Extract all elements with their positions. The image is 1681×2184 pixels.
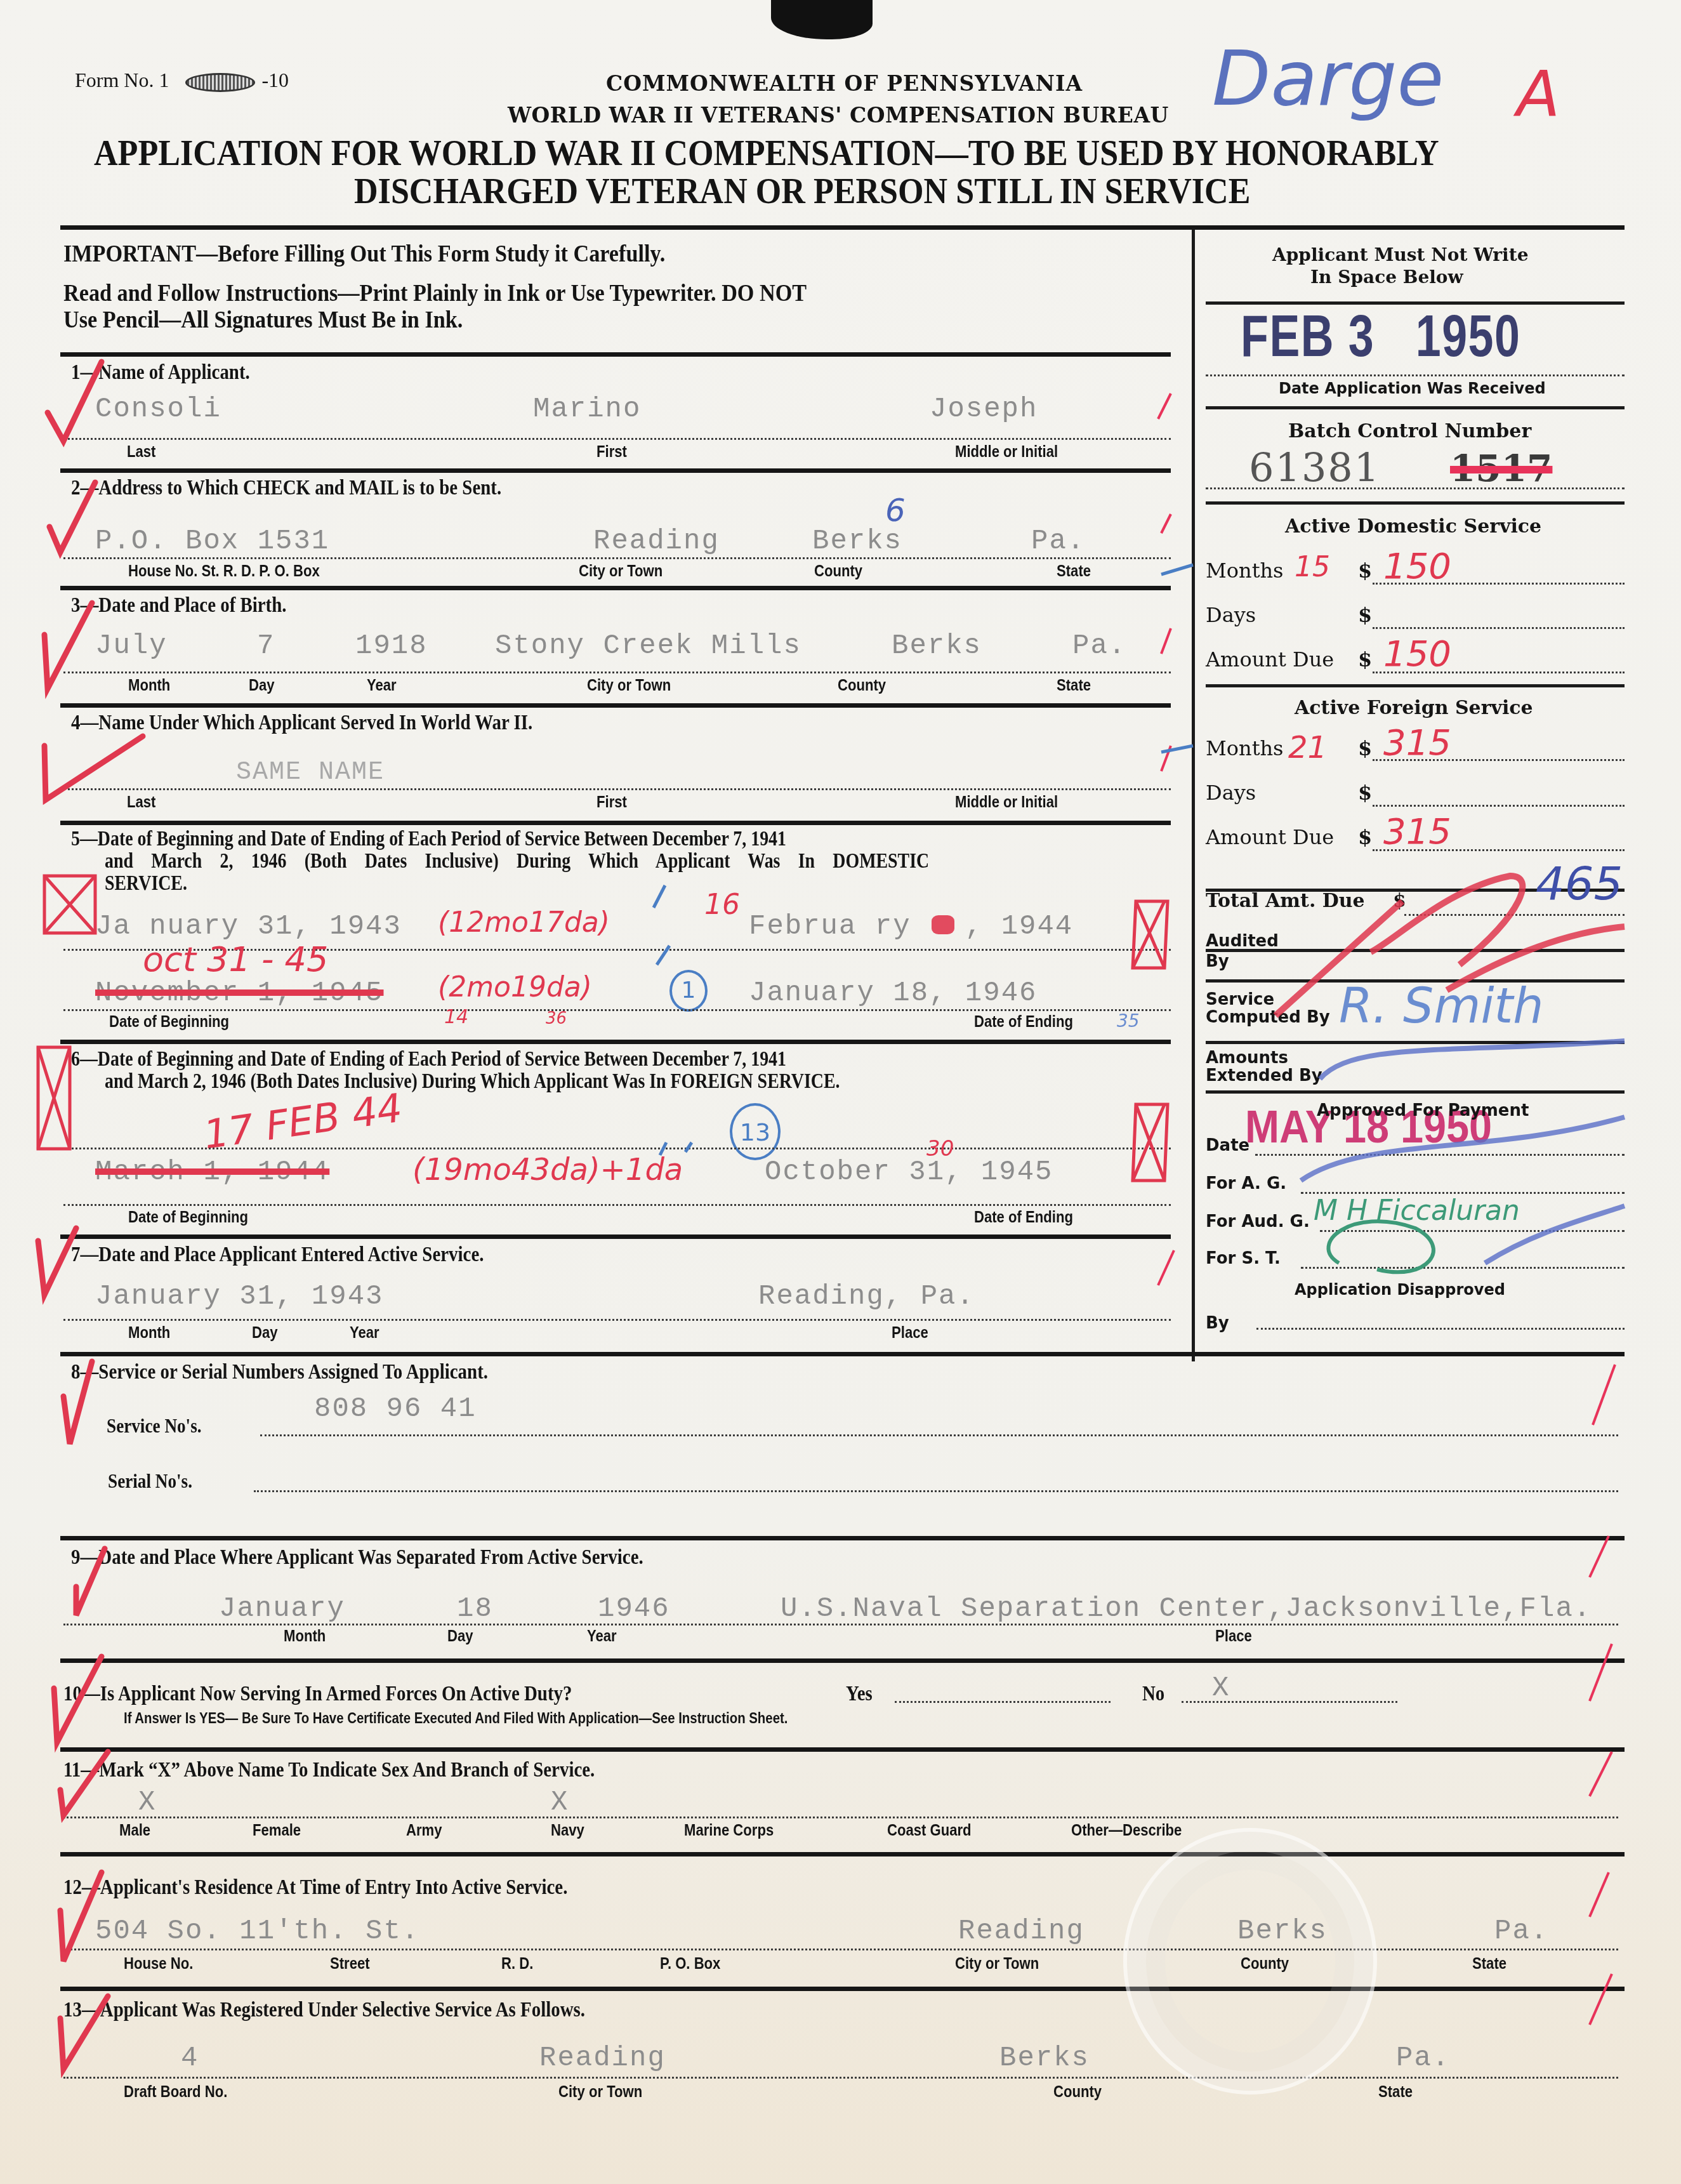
rule-instr — [60, 352, 1171, 357]
section-8-title: 8—Service or Serial Numbers Assigned To … — [71, 1360, 488, 1384]
domestic-end-2[interactable]: January 18, 1946 — [749, 977, 1037, 1009]
section-4-title: 4—Name Under Which Applicant Served In W… — [71, 711, 532, 735]
foreign-due-line — [1373, 849, 1625, 851]
section-13-title: 13—Applicant Was Registered Under Select… — [63, 1998, 585, 2022]
domestic-months-label: Months — [1206, 559, 1284, 583]
s4-label-last: Last — [127, 792, 155, 812]
margin-note-36: 36 — [546, 1009, 567, 1028]
disapproved-heading: Application Disapproved — [1295, 1281, 1505, 1299]
applicant-first-name[interactable]: Marino — [533, 394, 641, 425]
embossed-seal — [1123, 1828, 1377, 2095]
s2-label-state: State — [1057, 561, 1091, 581]
total-currency: $ — [1393, 890, 1406, 912]
s3-label-state: State — [1057, 675, 1091, 695]
s12-label-house: House No. — [124, 1954, 193, 1973]
domestic-days-line — [1373, 627, 1625, 629]
form-title-line-1: APPLICATION FOR WORLD WAR II COMPENSATIO… — [94, 133, 1439, 174]
foreign-due-label: Amount Due — [1206, 825, 1334, 849]
panel-divider — [1192, 228, 1195, 1361]
rule-s12 — [60, 1987, 1625, 1991]
s13-label-state: State — [1378, 2082, 1413, 2101]
union-bug-icon — [185, 73, 255, 92]
domestic-note-2: (2mo19da) — [438, 971, 592, 1003]
approved-date-label: Date — [1206, 1136, 1249, 1155]
s9-label-year: Year — [587, 1626, 617, 1646]
section-6-title-2: and March 2, 1946 (Both Dates Inclusive)… — [105, 1069, 840, 1094]
draft-state[interactable]: Pa. — [1396, 2042, 1450, 2074]
applicant-last-name[interactable]: Consoli — [95, 394, 221, 425]
no-field-value[interactable]: X — [1212, 1672, 1230, 1704]
section-5-title-1: 5—Date of Beginning and Date of Ending o… — [71, 827, 786, 851]
s3-label-year: Year — [367, 675, 397, 695]
rule-s11 — [60, 1852, 1625, 1856]
s7-label-place: Place — [892, 1323, 928, 1342]
domestic-end-1[interactable]: Februa ry , 1944 — [749, 911, 1073, 943]
rule-s4 — [60, 821, 1171, 825]
circled-number-13: 13 — [740, 1118, 770, 1146]
s4-label-middle: Middle or Initial — [955, 792, 1058, 812]
s12-line — [63, 1949, 1618, 1950]
s9-label-month: Month — [284, 1626, 326, 1646]
domestic-note-1: (12mo17da) — [438, 906, 610, 939]
birth-state[interactable]: Pa. — [1072, 630, 1126, 662]
section-10-title: 10—Is Applicant Now Serving In Armed For… — [63, 1682, 572, 1706]
rule-s1 — [60, 468, 1171, 473]
domestic-days-label: Days — [1206, 603, 1256, 627]
s5-label-begin: Date of Beginning — [109, 1012, 229, 1031]
batch-number: 61381 — [1249, 444, 1380, 491]
batch-line — [1206, 487, 1625, 489]
domestic-end-prefix-1: 16 — [704, 889, 740, 921]
foreign-days-line — [1373, 805, 1625, 807]
rule-s6 — [60, 1234, 1171, 1239]
for-audg-signature: M H Ficcaluran — [1314, 1195, 1520, 1227]
computed-label-1: Service — [1206, 990, 1274, 1009]
applicant-middle-name[interactable]: Joseph — [930, 394, 1038, 425]
s9-label-place: Place — [1215, 1626, 1252, 1646]
received-date-stamp: FEB 3 1950 — [1241, 303, 1521, 370]
s6-label-end: Date of Ending — [974, 1207, 1073, 1227]
section-5-title-2: and March 2, 1946 (Both Dates Inclusive)… — [105, 849, 929, 873]
header-rule — [60, 225, 1625, 230]
domestic-months-amount: 150 — [1383, 546, 1451, 587]
s2-label-city: City or Town — [579, 561, 663, 581]
form-title-line-2: DISCHARGED VETERAN OR PERSON STILL IN SE… — [354, 171, 1250, 212]
entered-place[interactable]: Reading, Pa. — [758, 1281, 975, 1313]
panel-rule-4 — [1206, 684, 1625, 687]
ink-stain — [771, 0, 873, 39]
for-st-line[interactable] — [1301, 1267, 1625, 1269]
s5-line-2 — [63, 1009, 1171, 1011]
s12-label-street: Street — [330, 1954, 370, 1973]
residence-city[interactable]: Reading — [958, 1916, 1084, 1947]
mark-male[interactable]: X — [138, 1787, 156, 1818]
mail-street[interactable]: P.O. Box 1531 — [95, 526, 329, 557]
no-label: No — [1142, 1682, 1164, 1706]
mail-state[interactable]: Pa. — [1031, 526, 1085, 557]
for-audg-line[interactable] — [1320, 1230, 1625, 1232]
audited-label-1: Audited — [1206, 932, 1279, 951]
batch-suffix: 1517 — [1450, 447, 1552, 490]
domestic-months-value: 15 — [1295, 551, 1330, 583]
domestic-months-currency: $ — [1358, 559, 1372, 583]
s12-label-city: City or Town — [955, 1954, 1039, 1973]
birth-month[interactable]: July — [95, 630, 168, 662]
instructions-important: IMPORTANT—Before Filling Out This Form S… — [63, 240, 665, 268]
foreign-months-amount: 315 — [1383, 722, 1451, 764]
s7-line — [63, 1319, 1171, 1321]
handwritten-name-top: Darge — [1212, 35, 1444, 123]
s7-label-day: Day — [252, 1323, 278, 1342]
domestic-due-amount: 150 — [1383, 633, 1451, 675]
s3-label-day: Day — [249, 675, 275, 695]
s1-line — [63, 438, 1171, 440]
circled-number-1: 1 — [682, 977, 696, 1003]
section-12-title: 12—Applicant's Residence At Time of Entr… — [63, 1876, 567, 1900]
panel-heading-2: In Space Below — [1310, 267, 1463, 288]
section-9-title: 9—Date and Place Where Applicant Was Sep… — [71, 1545, 643, 1570]
computed-label-2: Computed By — [1206, 1008, 1330, 1027]
rule-s10 — [60, 1747, 1625, 1752]
circled-annotation-13: 13 — [730, 1103, 781, 1160]
disapproved-by-label: By — [1206, 1314, 1229, 1333]
red-check-marks — [38, 362, 143, 2069]
s4-line — [63, 788, 1171, 790]
s8-serial-line — [254, 1490, 1618, 1492]
option-navy[interactable]: Navy — [551, 1820, 584, 1840]
foreign-due-currency: $ — [1358, 825, 1372, 849]
s13-label-board: Draft Board No. — [124, 2082, 227, 2101]
total-amount: 465 — [1536, 857, 1623, 910]
s11-line — [63, 1817, 1618, 1818]
option-marine-corps[interactable]: Marine Corps — [684, 1820, 774, 1840]
extended-label-2: Extended By — [1206, 1066, 1322, 1085]
section-5-title-3: SERVICE. — [105, 871, 187, 896]
domestic-due-currency: $ — [1358, 647, 1372, 672]
domestic-due-label: Amount Due — [1206, 647, 1334, 672]
birth-city[interactable]: Stony Creek Mills — [495, 630, 801, 662]
s6-label-begin: Date of Beginning — [128, 1207, 248, 1227]
total-line — [1404, 914, 1625, 916]
domestic-begin-correction: oct 31 - 45 — [143, 939, 328, 979]
domestic-months-line — [1373, 583, 1625, 585]
option-coast-guard[interactable]: Coast Guard — [887, 1820, 972, 1840]
foreign-days-label: Days — [1206, 781, 1256, 805]
panel-rule-8 — [1206, 1041, 1625, 1044]
s1-label-first: First — [597, 442, 627, 461]
s3-label-month: Month — [128, 675, 170, 695]
serial-no-label: Serial No's. — [108, 1469, 192, 1493]
s3-label-city: City or Town — [587, 675, 671, 695]
domestic-heading: Active Domestic Service — [1285, 515, 1541, 538]
entered-date[interactable]: January 31, 1943 — [95, 1281, 383, 1313]
org-line-2: WORLD WAR II VETERANS' COMPENSATION BURE… — [508, 103, 1169, 128]
mail-city[interactable]: Reading — [593, 526, 720, 557]
form-number: Form No. 1 -10 — [75, 69, 289, 92]
s1-label-last: Last — [127, 442, 155, 461]
service-no-label: Service No's. — [107, 1414, 202, 1438]
mail-county[interactable]: Berks — [812, 526, 902, 557]
approved-heading: Approved For Payment — [1317, 1101, 1529, 1120]
extended-label-1: Amounts — [1206, 1049, 1288, 1068]
foreign-months-label: Months — [1206, 736, 1284, 760]
received-line — [1206, 374, 1625, 376]
s12-label-state: State — [1472, 1954, 1506, 1973]
for-st-label: For S. T. — [1206, 1249, 1281, 1268]
foreign-begin[interactable]: March 1, 1944 — [95, 1156, 329, 1188]
annotation-6: 6 — [885, 492, 906, 529]
panel-rule-2 — [1206, 406, 1625, 409]
s7-label-month: Month — [128, 1323, 170, 1342]
section-2-title: 2—Address to Which CHECK and MAIL is to … — [71, 476, 501, 500]
section-3-title: 3—Date and Place of Birth. — [71, 593, 287, 618]
rule-s7-full — [60, 1352, 1625, 1356]
separated-place[interactable]: U.S.Naval Separation Center,Jacksonville… — [781, 1593, 1592, 1625]
margin-note-35: 35 — [1117, 1010, 1140, 1031]
for-ag-label: For A. G. — [1206, 1174, 1286, 1193]
form-suffix: -10 — [261, 69, 289, 91]
option-male[interactable]: Male — [119, 1820, 150, 1840]
no-field[interactable] — [1182, 1701, 1397, 1703]
margin-note-14: 14 — [444, 1006, 468, 1028]
residence-street[interactable]: 504 So. 11'th. St. — [95, 1916, 419, 1947]
approved-date-line[interactable] — [1255, 1154, 1625, 1156]
s5-label-end: Date of Ending — [974, 1012, 1073, 1031]
rule-s8 — [60, 1536, 1625, 1540]
served-name[interactable]: SAME NAME — [236, 758, 385, 787]
section-6-title-1: 6—Date of Beginning and Date of Ending o… — [71, 1047, 786, 1071]
draft-city[interactable]: Reading — [539, 2042, 666, 2074]
domestic-due-line — [1373, 672, 1625, 673]
s13-label-county: County — [1053, 2082, 1102, 2101]
birth-day[interactable]: 7 — [257, 630, 275, 662]
option-female[interactable]: Female — [253, 1820, 301, 1840]
s2-label-street: House No. St. R. D. P. O. Box — [128, 561, 320, 581]
foreign-heading: Active Foreign Service — [1295, 697, 1533, 719]
separated-month[interactable]: January — [219, 1593, 345, 1625]
audited-label-2: By — [1206, 952, 1229, 971]
birth-year[interactable]: 1918 — [355, 630, 428, 662]
s2-line — [63, 557, 1171, 559]
foreign-due-amount: 315 — [1383, 811, 1451, 852]
domestic-days-currency: $ — [1358, 603, 1372, 627]
disapproved-by-line[interactable] — [1256, 1328, 1625, 1330]
s9-line — [63, 1624, 1618, 1625]
separated-day[interactable]: 18 — [457, 1593, 493, 1625]
s6-line-2 — [63, 1204, 1171, 1206]
s4-label-first: First — [597, 792, 627, 812]
s3-line — [63, 672, 1171, 673]
rule-s2 — [60, 586, 1171, 590]
foreign-months-value: 21 — [1288, 730, 1327, 765]
section-7-title: 7—Date and Place Applicant Entered Activ… — [71, 1243, 484, 1267]
mark-navy[interactable]: X — [551, 1787, 569, 1818]
domestic-begin-1[interactable]: Ja nuary 31, 1943 — [95, 911, 402, 943]
s9-label-day: Day — [447, 1626, 473, 1646]
section-10-note: If Answer Is YES— Be Sure To Have Certif… — [124, 1710, 788, 1728]
birth-county[interactable]: Berks — [892, 630, 982, 662]
org-line-1: COMMONWEALTH OF PENNSYLVANIA — [606, 71, 1083, 96]
service-number[interactable]: 808 96 41 — [314, 1393, 477, 1425]
domestic-begin-2[interactable]: November 1, 1945 — [95, 977, 383, 1009]
for-audg-label: For Aud. G. — [1206, 1212, 1310, 1231]
option-army[interactable]: Army — [406, 1820, 442, 1840]
for-ag-line[interactable] — [1301, 1192, 1625, 1194]
form-number-text: Form No. 1 — [75, 69, 169, 91]
received-label: Date Application Was Received — [1279, 380, 1546, 397]
separated-year[interactable]: 1946 — [598, 1593, 670, 1625]
panel-rule-3 — [1206, 501, 1625, 505]
s12-label-rd: R. D. — [501, 1954, 533, 1973]
computed-signature: R. Smith — [1339, 977, 1543, 1034]
foreign-months-line — [1373, 759, 1625, 761]
draft-county[interactable]: Berks — [999, 2042, 1090, 2074]
s13-line — [63, 2077, 1618, 2079]
rule-s3 — [60, 703, 1171, 708]
rule-s9 — [60, 1658, 1625, 1663]
s3-label-county: County — [838, 675, 886, 695]
section-11-title: 11—Mark “X” Above Name To Indicate Sex A… — [63, 1758, 595, 1782]
s12-label-pobox: P. O. Box — [660, 1954, 720, 1973]
end-1-scribble — [932, 915, 954, 934]
s13-label-city: City or Town — [558, 2082, 642, 2101]
foreign-end[interactable]: October 31, 1945 — [765, 1156, 1053, 1188]
s2-label-county: County — [814, 561, 862, 581]
green-initials — [1328, 1221, 1433, 1272]
yes-label: Yes — [846, 1682, 873, 1706]
instructions-read: Read and Follow Instructions—Print Plain… — [63, 279, 807, 307]
panel-heading-1: Applicant Must Not Write — [1272, 244, 1528, 265]
option-other[interactable]: Other—Describe — [1071, 1820, 1182, 1840]
foreign-months-currency: $ — [1358, 736, 1372, 760]
section-1-title: 1—Name of Applicant. — [71, 361, 250, 385]
s1-label-middle: Middle or Initial — [955, 442, 1058, 461]
batch-heading: Batch Control Number — [1288, 420, 1531, 442]
handwritten-mark-a: A — [1517, 57, 1560, 131]
rule-s5 — [60, 1040, 1171, 1044]
s7-label-year: Year — [350, 1323, 379, 1342]
total-label: Total Amt. Due — [1206, 890, 1365, 912]
panel-rule-9 — [1206, 1090, 1625, 1094]
foreign-days-currency: $ — [1358, 781, 1372, 805]
s6-line-1 — [63, 1148, 1171, 1149]
residence-state[interactable]: Pa. — [1494, 1916, 1548, 1947]
yes-field[interactable] — [895, 1701, 1111, 1703]
s8-service-line — [260, 1434, 1618, 1436]
foreign-note: (19mo43da)+1da — [412, 1152, 683, 1188]
circled-annotation-1: 1 — [669, 970, 708, 1012]
instructions-pencil: Use Pencil—All Signatures Must Be in Ink… — [63, 306, 463, 334]
draft-board-no[interactable]: 4 — [181, 2042, 199, 2074]
